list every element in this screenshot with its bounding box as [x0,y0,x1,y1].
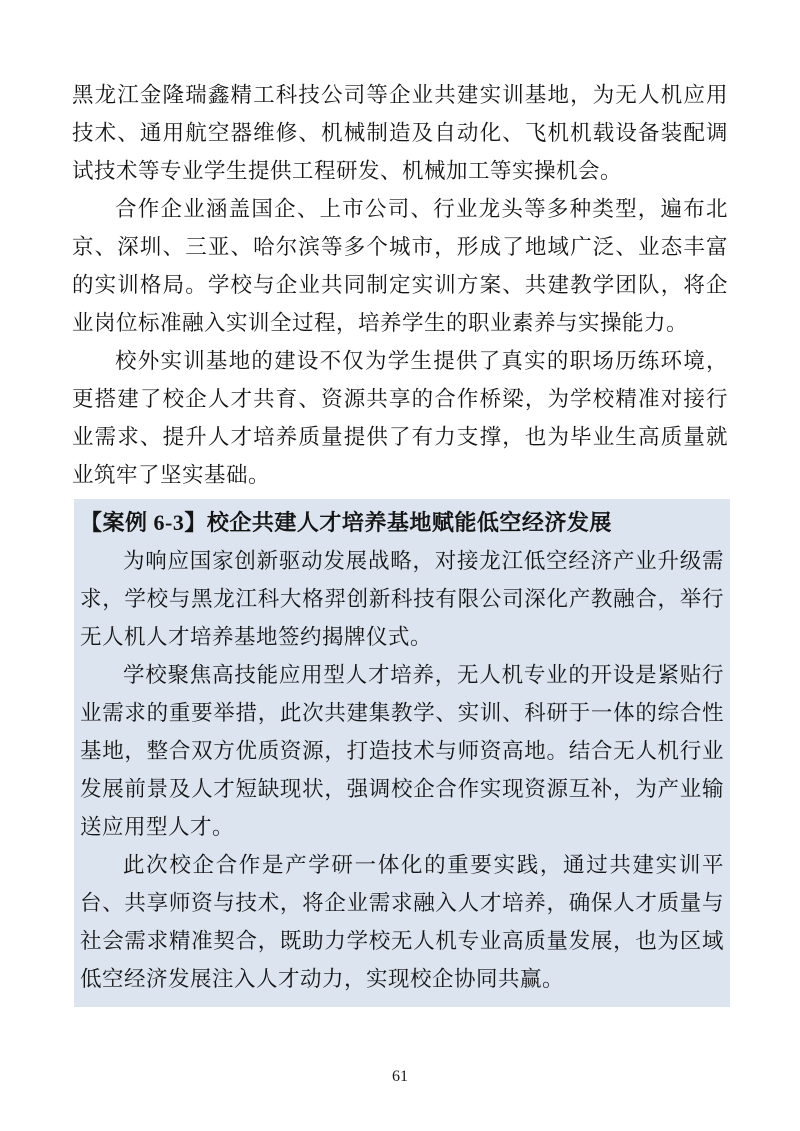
case-paragraph: 学校聚焦高技能应用型人才培养，无人机专业的开设是紧贴行业需求的重要举措，此次共建… [80,656,724,846]
document-page: 黑龙江金隆瑞鑫精工科技公司等企业共建实训基地，为无人机应用技术、通用航空器维修、… [0,0,800,1131]
page-number: 61 [0,1067,800,1087]
case-highlight-box: 【案例 6-3】校企共建人才培养基地赋能低空经济发展 为响应国家创新驱动发展战略… [74,499,730,1007]
body-text: 黑龙江金隆瑞鑫精工科技公司等企业共建实训基地，为无人机应用技术、通用航空器维修、… [72,76,728,1007]
case-title: 【案例 6-3】校企共建人才培养基地赋能低空经济发展 [80,504,724,542]
paragraph: 校外实训基地的建设不仅为学生提供了真实的职场历练环境，更搭建了校企人才共育、资源… [72,342,728,494]
paragraph: 合作企业涵盖国企、上市公司、行业龙头等多种类型，遍布北京、深圳、三亚、哈尔滨等多… [72,190,728,342]
case-paragraph: 为响应国家创新驱动发展战略，对接龙江低空经济产业升级需求，学校与黑龙江科大格羿创… [80,542,724,656]
case-paragraph: 此次校企合作是产学研一体化的重要实践，通过共建实训平台、共享师资与技术，将企业需… [80,846,724,998]
paragraph: 黑龙江金隆瑞鑫精工科技公司等企业共建实训基地，为无人机应用技术、通用航空器维修、… [72,76,728,190]
